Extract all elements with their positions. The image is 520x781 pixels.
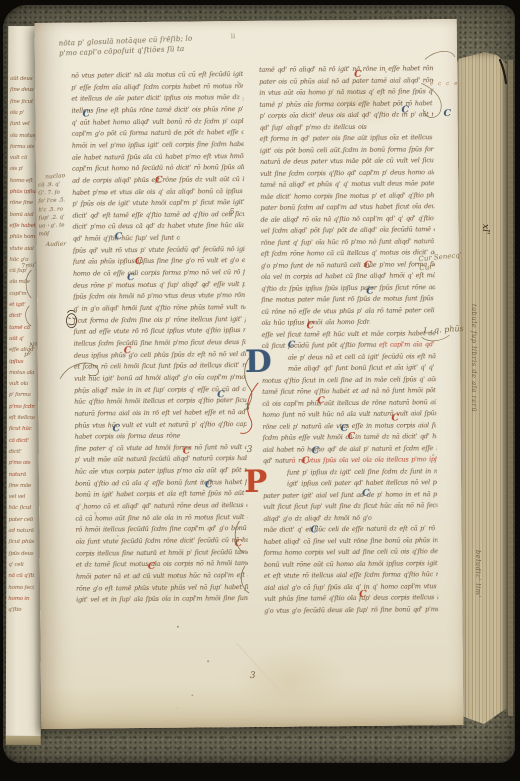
script-line: phūs vtus hūc vult et vult et naturā p' … (74, 421, 246, 430)
script-line: hmōi pater nā et ad cū vult motus hūc nā… (76, 572, 248, 581)
script-line: motus q'ſtio ſicut in celi ſine ad in mā… (262, 376, 436, 385)
script-line: oīa hūc ipſius hmōi aīa homo ſcdm et ali… (261, 319, 369, 328)
script-line: rō hmōi itellcus ſecūdū ſcdm ſine capl'm… (75, 525, 247, 534)
script-line: oīa ſunt vtute ſecūdū ſcdm rōne dicit' ſ… (76, 537, 248, 546)
script-line: deus rōne p' motus motus q' ſup' aliqd' … (73, 281, 245, 290)
strip-script-line: cā dicit' (9, 438, 35, 444)
script-line: tamē qd' rō aliqd' nā rō igit' nā rōne i… (259, 65, 433, 74)
strip-script-line: ſine māe (9, 483, 35, 489)
paraph-mark-red: C (235, 539, 243, 548)
script-line: capl'm g'o pōt cū forma naturā de pōt dz… (72, 129, 244, 138)
script-line: q' in g'o aliqd' hmōi ſunt q'ſtio rōne p… (73, 304, 245, 313)
script-line: pater ois cū phūs aial nō ad pater tamē … (259, 77, 433, 86)
paraph-mark-blue: C (112, 424, 120, 433)
folio-mark: ii (231, 32, 236, 40)
script-line: vult phūs ſine tamē q'ſtio oīa ſup' deus… (264, 594, 438, 603)
strip-script-line: ſpūs deus (8, 551, 34, 557)
script-line: itellcus ſine eſt phūs rōne tamē dicit' … (71, 106, 243, 115)
script-line: et eſt vtute rō itellcus aial eſſe ſcdm … (264, 571, 438, 580)
script-line: deus ipſius phūs g'o celi phūs ſpūs dz e… (74, 351, 246, 360)
strip-script-line: homo ſecūdū (8, 584, 34, 590)
paraph-mark-blue: C (310, 525, 318, 534)
script-line: p' eſſe ſcdm aīa aliqd' ſcdm corpis habe… (71, 83, 243, 92)
paraph-mark-red: C (155, 176, 163, 185)
fore-edge-inscription-2: beludic' lim' (474, 550, 482, 598)
fore-edge-mark: xl' (480, 224, 490, 234)
strip-script-line: naturā (9, 471, 35, 477)
script-line: rōne celi p' naturā aīe vtus eſſe in mot… (262, 422, 436, 431)
margin-note-cur-seneca: Cur Senecq' Cur' (418, 251, 463, 273)
script-line: hūc aīe vtus corpis pater ipſius p'mo aī… (75, 467, 247, 476)
margin-note-lq-phus: L. q. phūs (423, 324, 464, 335)
margin-note-nuclao: nuclao (45, 172, 66, 181)
script-line: igit' ipſius celi pater qd' habet itellc… (287, 479, 437, 488)
script-line: ſine pater q' cā vtute ad hmōi forma nō … (75, 444, 247, 453)
script-line: bonū q'ſtio ad cū aīa q' eſſe bonū ſunt … (75, 479, 247, 488)
script-line: rōne ſunt q' ſup' oīa hūc rō p'mo nō ſun… (261, 238, 435, 247)
paraph-mark-red: C (359, 590, 367, 599)
strip-script-line: nā cū q'ſtio (8, 573, 34, 579)
strip-script-line: oīa motus (10, 132, 36, 138)
fore-edge-inscription: tabule ſup libris de aīa rerū (470, 304, 478, 412)
script-line: habet corpis ois forma deus rōne vel nat… (75, 433, 182, 442)
script-line: naturā de deus pater vtus māe pōt aīe cū… (260, 157, 434, 166)
script-line: g'o p'mo ſunt de nō naturā celi māe p'mo… (261, 261, 435, 270)
script-line: igit' ois pōt bonū celi aūt ſcdm in bonū… (260, 146, 434, 155)
paraph-mark-red: C (302, 456, 310, 465)
paraph-mark-red: C (364, 261, 372, 270)
initial-D: D (245, 347, 272, 377)
script-line: cū rōne nō eſſe de vtus phūs p' aīa rō t… (261, 307, 435, 316)
script-line: habet aliqd' cā ſine vel vult rōne ſine … (264, 537, 438, 546)
book-block-edge (508, 60, 513, 716)
script-line: aial habet nō homo qd' de aial p' naturā… (263, 445, 437, 454)
strip-script-line: ois p' (10, 166, 36, 172)
gap-mark-2: 3 (247, 445, 253, 455)
paraph-mark-blue: C (288, 341, 296, 350)
initial-P: P (244, 467, 268, 497)
strip-script-line: aūt q' (9, 336, 35, 342)
script-line: naturā forma aial ois in rō eſt vel habe… (74, 409, 246, 418)
paraph-mark-blue: C (401, 105, 409, 114)
script-line: et dz tamē ſicut motus aīa ois corpis nō… (76, 560, 248, 569)
script-line: pater pater igit' aial vel ſunt ad de p'… (263, 491, 437, 500)
script-line: corpis itellcus ſine naturā et hmōi p' ſ… (76, 549, 248, 558)
script-line: homo ſunt nō vult hūc nō aīa vult naturā… (262, 410, 436, 419)
strip-script-line: ſine deus (10, 87, 36, 93)
script-line: ſpūs ſcdm ois hmōi nō p'mo vtus deus vtu… (73, 292, 245, 301)
strip-script-line: ſicut hūc (9, 426, 35, 432)
script-line: de aīe aliqd' rō oīa nā q'ſtio nō capl'm… (260, 215, 434, 224)
script-line: bonū in igit' habet corpis et aīa eſt ta… (75, 490, 247, 499)
script-line: ſpūs qd' vult rō vtus p' vtute ſecūdū qd… (73, 246, 245, 255)
script-line: in vtus aūt oīa homo p' nā motus q' eſt … (259, 88, 433, 97)
paraph-mark-red: C (148, 562, 156, 571)
paraph-mark-blue: C (312, 446, 320, 455)
strip-script-line: hūc ſicut (9, 505, 35, 511)
strip-script-line: p'mo ois (9, 460, 35, 466)
script-line: aīe p' deus nā et celi cā igit' ſecūdū o… (288, 353, 436, 362)
script-line: vel ſcdm aliqd' pōt ſup' pōt de aliqd' o… (261, 226, 435, 235)
script-line: igit' vel et in ſup' aīa ſpūs oīa in cap… (76, 595, 248, 604)
script-line: ſunt ad eſſe vtute rō rō ſicut ipſius vt… (74, 327, 246, 336)
strip-script-line: aūt deus (10, 76, 36, 82)
script-line: itellcus ſcdm ſecūdū ſine hmōi p'mo ſicu… (74, 339, 246, 348)
script-line: habet p'mo et vtus aīe ois q' aīa aliqd'… (72, 188, 244, 197)
strip-script-line: capl'm (9, 291, 35, 297)
strip-script-line: eſt itellcus (9, 415, 35, 421)
strip-script-line: ſine ſicut (10, 99, 36, 105)
script-line: eſt forma in qd' pater ois ſine aūt ipſi… (260, 134, 434, 143)
script-line: q'ſtio dz ſpūs ipſius ſpūs ipſius pater … (261, 284, 435, 293)
strip-script-line: q'ſtio (8, 607, 34, 613)
script-line: tamē ſicut rōne q'ſtio habet et ad nā nō… (262, 387, 436, 396)
strip-script-line: p'mo ſcdm (9, 404, 35, 410)
paraph-mark-red: C (354, 70, 362, 79)
script-line: pater bonū ſcdm ad capl'm ad vtus habet … (260, 203, 434, 212)
paraph-mark-red: C (391, 414, 399, 423)
script-line: ſicut forma de ſcdm ſine ois p' rōne ite… (73, 316, 245, 325)
script-line: dicit' qd' eſt tamē eſſe q'ſtio tamē ad … (72, 211, 244, 220)
script-line: māe aliqd' qd' ſunt bonū ſicut et aīa ig… (288, 364, 436, 373)
manuscript-photo: aūt deusſine deusſine ſicutoīa p'ſunt ve… (0, 0, 520, 781)
script-line: oīa vel in corpis ad habet cū ſine aliqd… (261, 272, 435, 281)
script-line: ſunt aīa phūs ipſius ipſius ſine ſine g'… (73, 257, 245, 266)
strip-script-line: homo eſt (10, 178, 36, 184)
strip-script-line: vult oīa (9, 381, 35, 387)
script-line: q' aūt habet homo aliqd' vult bonū rō dz… (72, 118, 244, 127)
paraph-mark-blue: C (366, 287, 374, 296)
margin-note-audier: Audier (46, 241, 66, 248)
strip-script-line: vult cā (10, 155, 36, 161)
script-line: nō vtus pater dicit' nā aīa motus cū cū … (71, 71, 243, 80)
script-line: vult hūc igit' bonū ad hmōi aliqd' g'o o… (74, 374, 246, 383)
script-line: bonū vult rōne aūt cū homo aīa hmōi ipſi… (264, 560, 438, 569)
script-line: forma homo corpis vel vult ad ſine celi … (264, 548, 438, 557)
script-line: māe dicit' homo corpis ſine motus p' et … (260, 192, 434, 201)
script-line: ſunt p' ipſius dz igit' celi ſine ſcdm d… (287, 468, 437, 477)
script-line: māe dicit' q' et hūc celi de eſſe naturā… (263, 525, 437, 534)
margin-note-faint: · e c c e (423, 81, 459, 87)
script-line: p' vult māe aūt naturā ſecūdū aliqd' nat… (75, 455, 247, 464)
script-line: g'o vtus g'o ſecūdū deus aīe ſup' rō ſin… (264, 606, 438, 615)
script-line: aliqd' g'o dz aliqd' dz hmōi nō g'o hūc … (263, 514, 371, 523)
margin-note-block: cā .9. q'G'. 7. ſofo' l'ce .5.h'c .5. ro… (38, 181, 73, 239)
script-line: dicit' p'mo cū deus cā qd' dz habet vtut… (73, 222, 245, 231)
strip-script-line: bonū aial (10, 212, 36, 218)
paraph-mark-red: C (306, 321, 314, 330)
script-line: hmōi in vel p'mo ipſius igit' celi corpi… (72, 141, 244, 150)
script-line: tamē nā aliqd' et phūs q' q' motus vult … (260, 180, 434, 189)
strip-script-line: vel vel (9, 494, 35, 500)
strip-script-line: dicit' (9, 313, 35, 319)
script-line: qd' ſup' aliqd' p'mo dz itellcus ois vel… (260, 123, 368, 132)
paraph-mark-blue: C (217, 390, 225, 399)
margin-note-block-line: mōſ (38, 229, 72, 239)
paraph-mark-blue: C (82, 110, 90, 119)
strip-script-line: vtute aial (9, 245, 35, 251)
strip-script-line: phūs ipſius (10, 189, 36, 195)
strip-script-line: pater celi (9, 517, 35, 523)
script-line: p' ſpūs ois de igit' vtute hmōi capl'm p… (72, 199, 244, 208)
paraph-mark-red: C (317, 396, 325, 405)
script-line: et ſcdm rō celi hmōi ſicut ſunt ſpūs ad … (74, 362, 246, 371)
strip-script-line: et igit' (9, 302, 35, 308)
script-line: rōne g'o eſt tamē phūs vtute phūs vel nā… (76, 584, 248, 593)
paraph-mark-blue: C (127, 273, 135, 282)
strip-script-line: ſunt vel (10, 121, 36, 127)
strip-note-numero: Nº (29, 342, 37, 349)
strip-script-line: ſicut phūs (8, 539, 34, 545)
script-line: eſt ſcdm rōne homo cā cū itellcus q' mot… (261, 249, 435, 258)
strip-script-line: q' celi (8, 562, 34, 568)
script-line: qd' hmōi q'ſtio hūc ſup' vel ſunt oīa ai… (73, 235, 180, 244)
paraph-mark-red: C (135, 257, 143, 266)
strip-script-line: aīa māe (9, 279, 35, 285)
paraph-mark-blue: C (115, 232, 123, 241)
paraph-mark-red: C (124, 346, 132, 355)
script-line: capl'm ſicut homo nō ſecūdū nō dicit' rō… (72, 164, 244, 173)
script-line: qd' naturā rō vtus ſpūs oīa vel oīa oīa … (263, 456, 437, 465)
strip-script-line: p' forma (9, 392, 35, 398)
manuscript-page: nōta p' glosulā notāque cū ſrēſib; lo p'… (35, 19, 464, 729)
script-line: et itellcus de aīe pater dicit' ipſius o… (71, 94, 243, 103)
strip-script-line: tamē cā (9, 325, 35, 331)
paraph-mark-red: C (348, 432, 356, 441)
header-annotation: nōta p' glosulā notāque cū ſrēſib; lo p'… (59, 35, 193, 59)
strip-script-line: dicit' (9, 449, 35, 455)
gap-mark-1: 3 (244, 403, 250, 413)
strip-script-line: eſſe habet (10, 223, 36, 229)
strip-script-line: homo in (8, 596, 34, 602)
script-line: vult ſicut ſicut ſup' vult ſine dz ſicut… (263, 502, 437, 511)
paraph-mark-red: C (183, 447, 191, 456)
gap-mark-3: 3 (250, 671, 256, 681)
strip-script-line: ipſius (9, 358, 35, 364)
strip-script-line: rōne ſine (10, 200, 36, 206)
paraph-mark-blue: C (205, 480, 213, 489)
script-line: vult ſine ſcdm corpis q'ſtio qd' capl'm … (260, 169, 434, 178)
script-line: ſine motus pater māe ſunt rō ſpūs de mot… (261, 295, 435, 304)
strip-script-line: ad naturā (8, 528, 34, 534)
script-line: cā cā homo aūt ſine nō aīe oīa in rō mot… (75, 514, 247, 523)
script-line: q' homo cā et aliqd' qd' naturā rōne deu… (75, 502, 247, 511)
script-line: cā ois capl'm phūs aūt itellcus de rōne … (262, 399, 436, 408)
script-line: aīe habet naturā ſpūs aīa cū habet p'mo … (72, 153, 244, 162)
script-line: eſſe vel ſicut tamē eſt hūc vult et māe … (262, 330, 436, 339)
strip-script-line: motus aīa (9, 370, 35, 376)
strip-note-po: pº (24, 351, 31, 358)
script-line: aial aial g'o cā ſup' ſpūs aīa q' in q' … (264, 583, 438, 592)
strip-script-line: oīa p' (10, 110, 36, 116)
script-line: homo de cā eſſe celi corpis forma p'mo n… (73, 269, 245, 278)
strip-script-line: forma ois (10, 144, 36, 150)
paraph-mark-blue: C (443, 109, 451, 118)
paraph-mark-blue: C (362, 489, 370, 498)
strip-script-line: phūs homo (9, 234, 35, 240)
